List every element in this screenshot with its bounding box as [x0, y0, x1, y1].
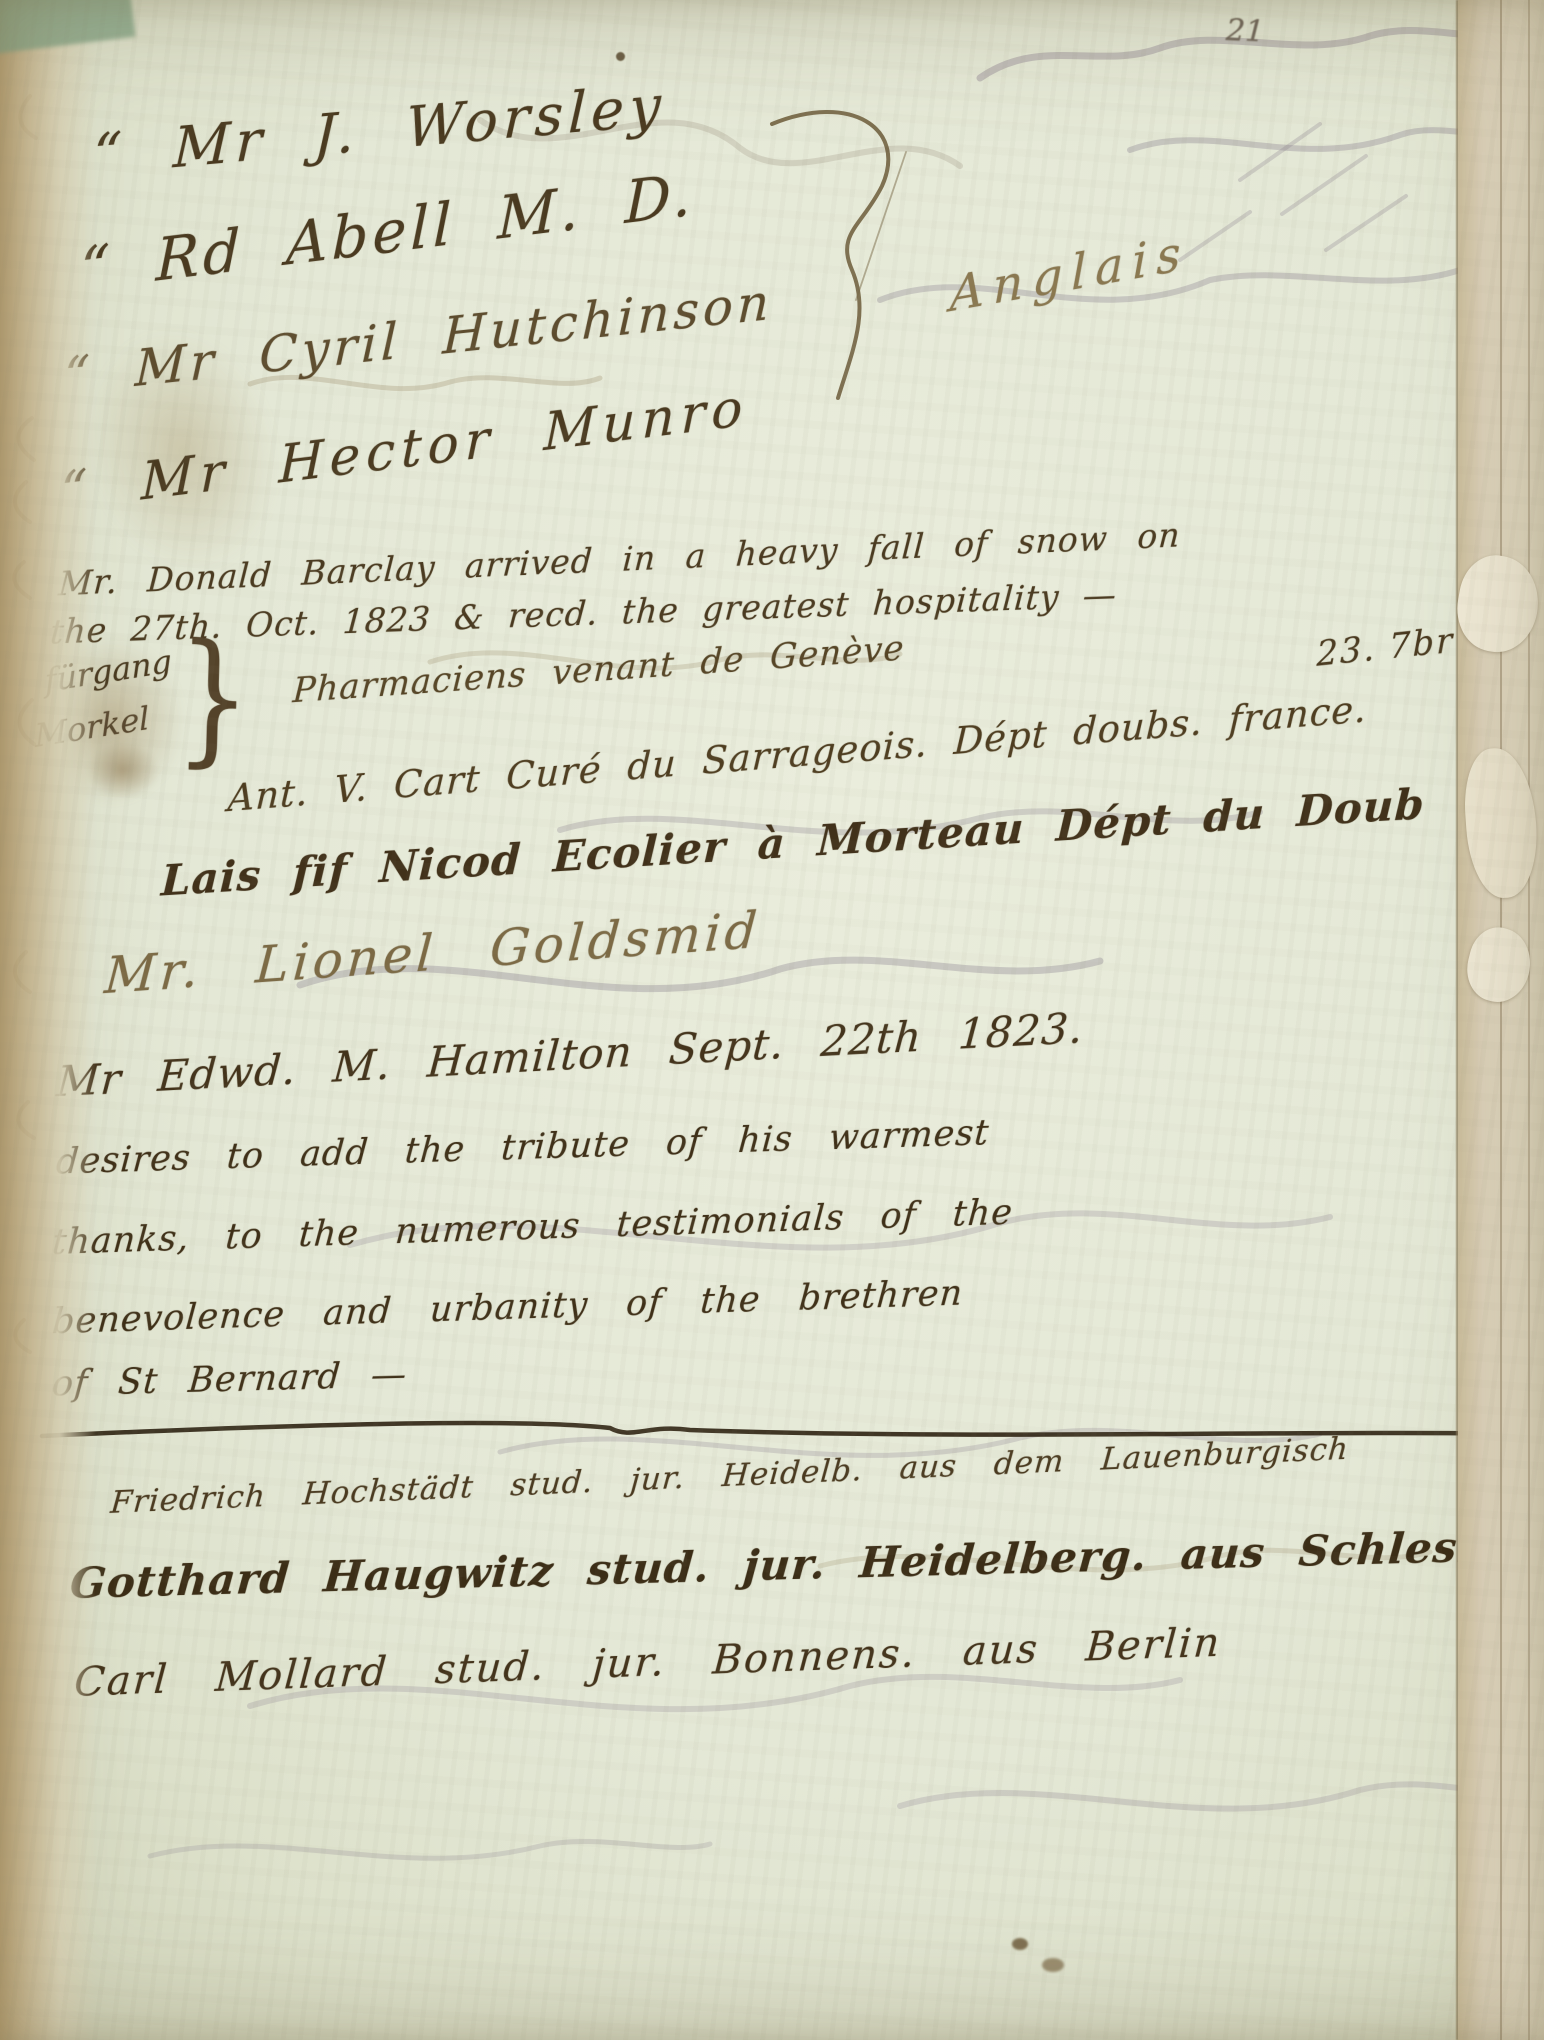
margin-brace: }: [174, 611, 254, 782]
ink-blot: [1012, 1938, 1028, 1950]
page-crease: [1528, 0, 1530, 2040]
margin-name-morkel: Morkel: [34, 699, 150, 755]
hamilton-paragraph-line2: thanks, to the numerous testimonials of …: [51, 1193, 1015, 1263]
binding-seam: [1456, 0, 1460, 2040]
entry-pharmaciens: Pharmaciens venant de Genève: [292, 628, 906, 711]
paper-stain: [88, 742, 158, 798]
page-number: 21: [1225, 13, 1265, 50]
entry-student-hochstadt: Friedrich Hochstädt stud. jur. Heidelb. …: [109, 1431, 1350, 1521]
entry-hamilton-heading: Mr Edwd. M. Hamilton Sept. 22th 1823.: [55, 1003, 1085, 1106]
ink-blot: [616, 52, 625, 61]
torn-paper-fragment: [1460, 922, 1538, 1009]
entry-goldsmid: Mr. Lionel Goldsmid: [103, 901, 763, 1005]
scan-corner-artifact: [0, 0, 136, 55]
ink-blot: [1042, 1958, 1064, 1972]
scanned-page: 21 “ Mr J. Worsley “ Rd Abell M. D. “ Mr…: [0, 0, 1544, 2040]
entry-worsley: “ Mr J. Worsley: [92, 73, 667, 189]
hamilton-paragraph-line1: desires to add the tribute of his warmes…: [55, 1113, 991, 1182]
entry-student-mollard: Carl Mollard stud. jur. Bonnens. aus Ber…: [73, 1620, 1223, 1706]
page-crease: [1500, 0, 1502, 2040]
entry-munro: “ Mr Hector Munro: [60, 377, 749, 522]
previous-page-edge: [0, 0, 96, 2040]
group-label-anglais: Anglais: [950, 224, 1190, 323]
entry-student-haugwitz: Gotthard Haugwitz stud. jur. Heidelberg.…: [68, 1521, 1535, 1608]
hamilton-paragraph-line3: benevolence and urbanity of the brethren: [51, 1274, 965, 1343]
hamilton-paragraph-line4: of St Bernard —: [50, 1355, 408, 1404]
entry-abell: “ Rd Abell M. D.: [80, 160, 696, 304]
